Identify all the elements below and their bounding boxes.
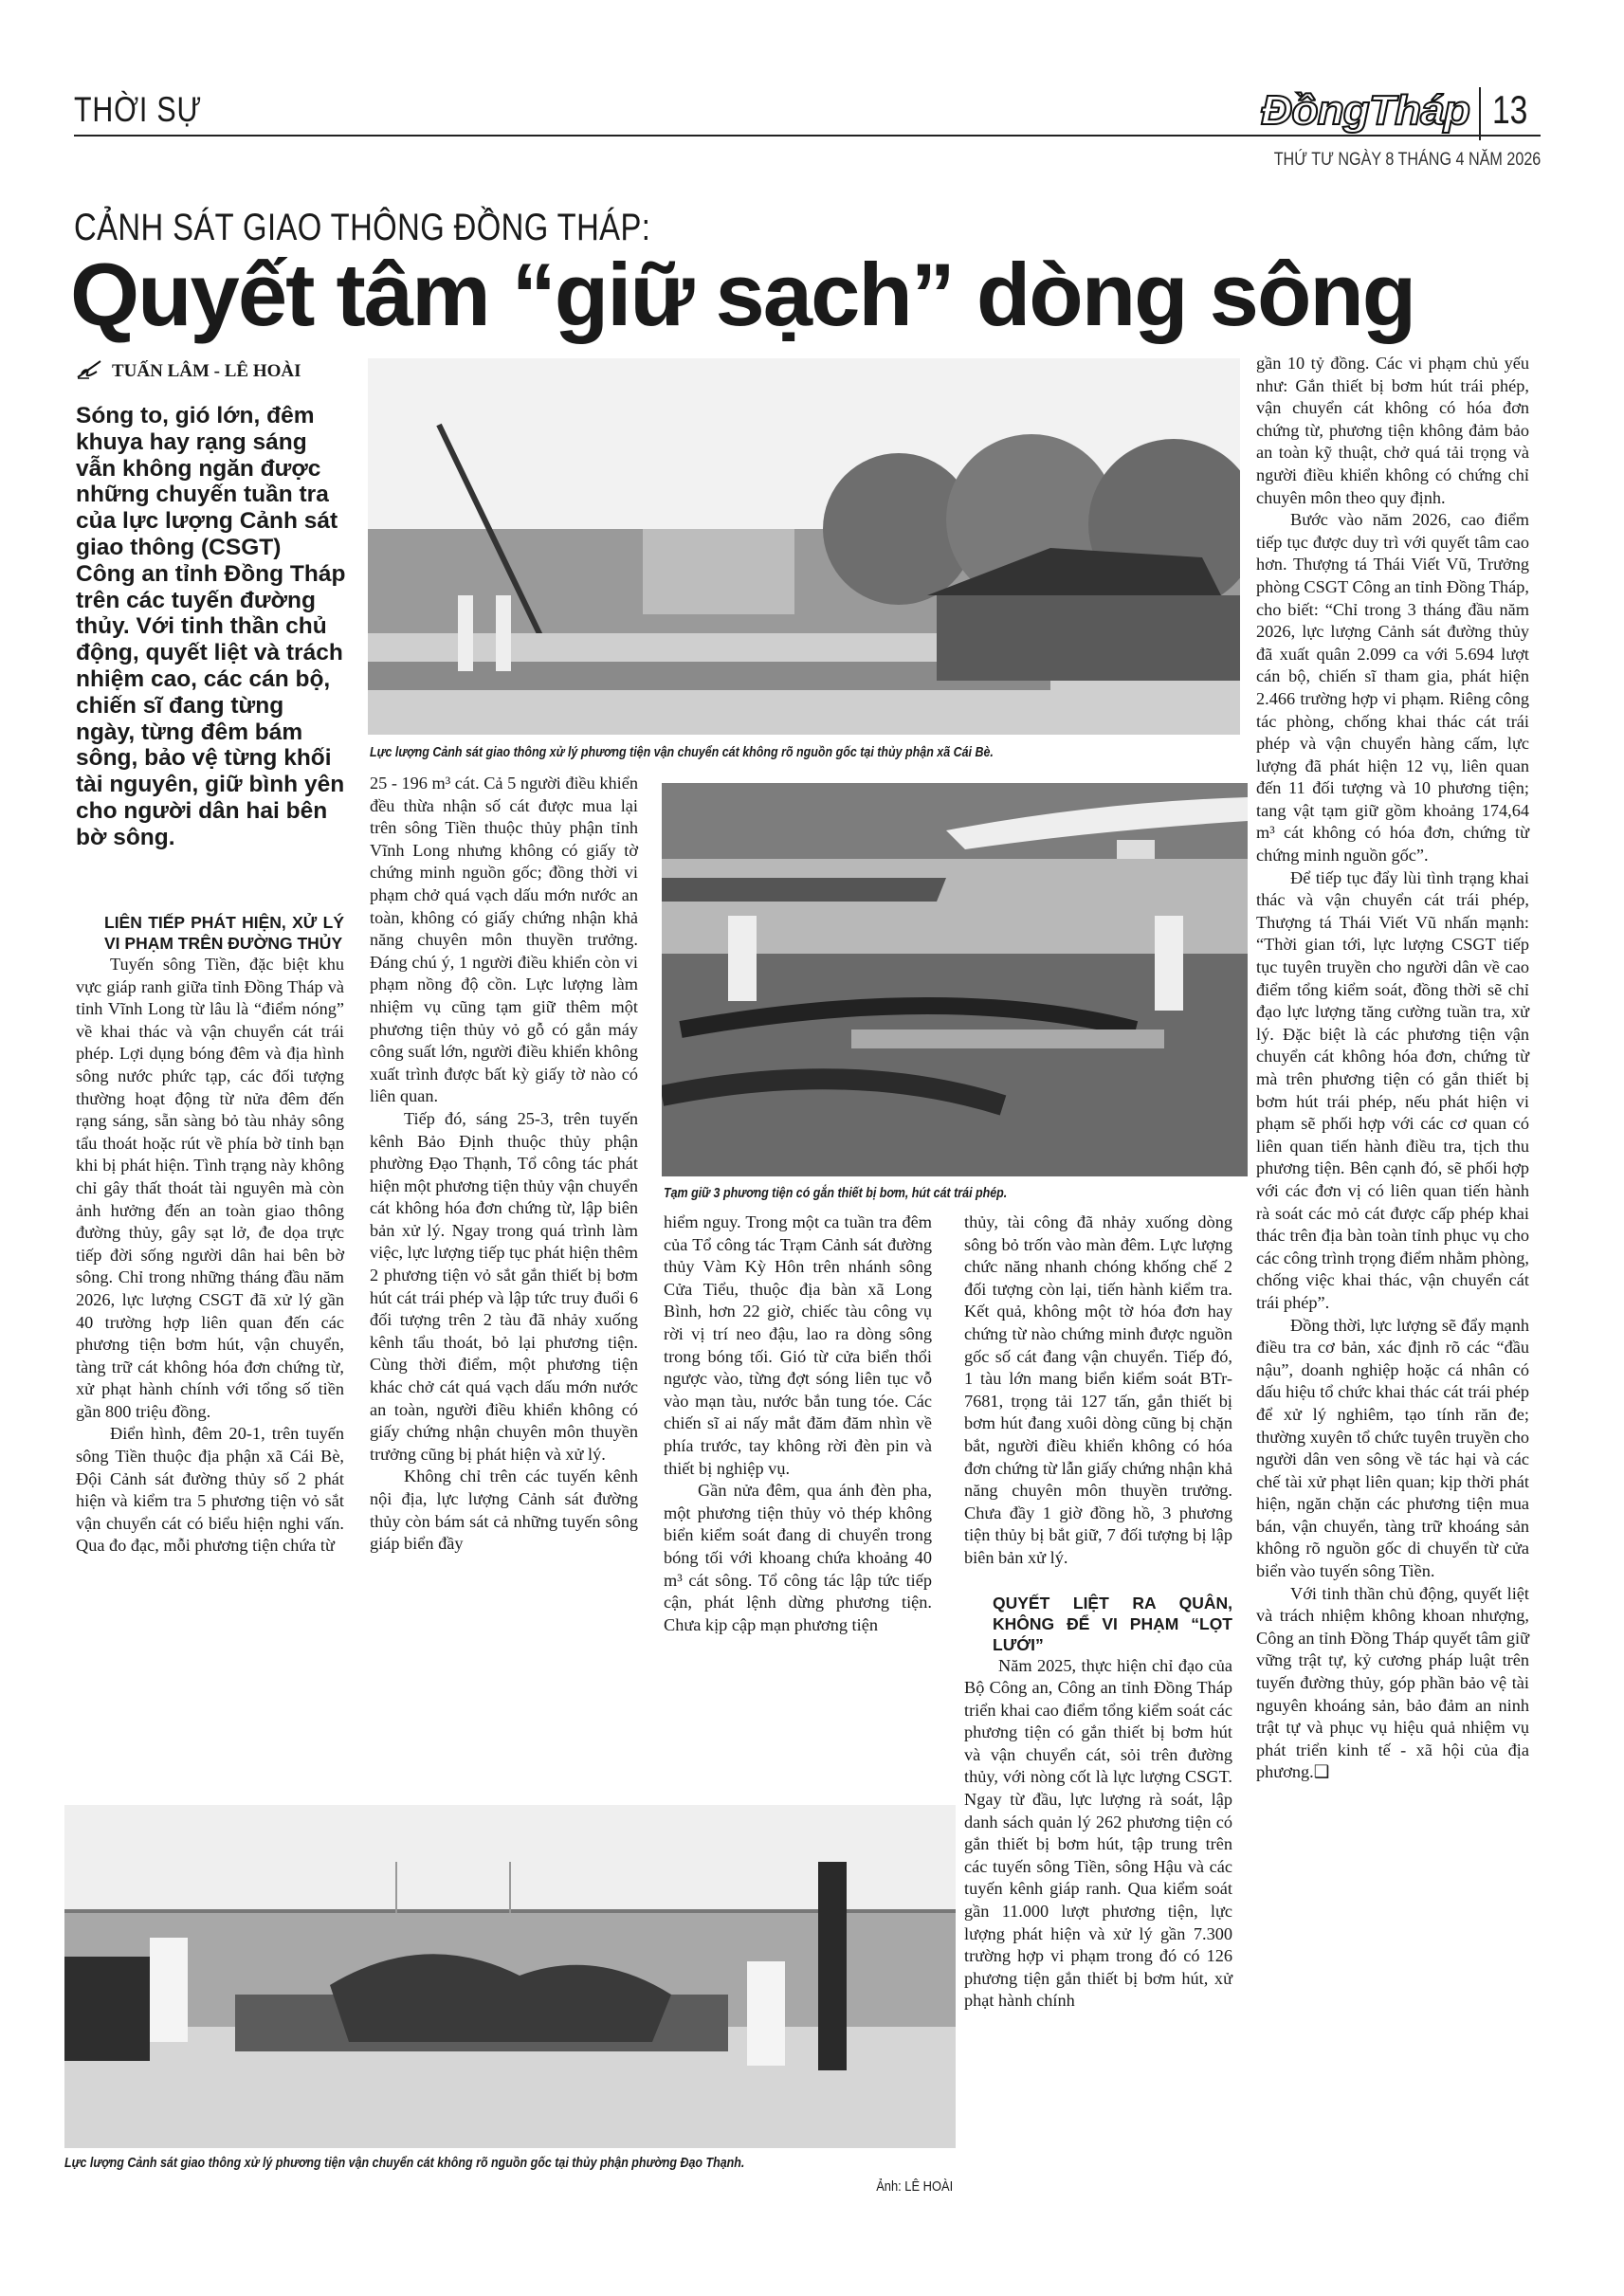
newspaper-masthead-logo: ĐồngTháp — [1261, 87, 1469, 135]
column-2: 25 - 196 m³ cát. Cả 5 người điều khiển đ… — [370, 773, 638, 1556]
column-4: thủy, tài công đã nhảy xuống dòng sông b… — [964, 1212, 1232, 2013]
paragraph: Không chỉ trên các tuyến kênh nội địa, l… — [370, 1466, 638, 1555]
paragraph: 25 - 196 m³ cát. Cả 5 người điều khiển đ… — [370, 773, 638, 1108]
paragraph: gần 10 tỷ đồng. Các vi phạm chủ yếu như:… — [1256, 353, 1529, 509]
paragraph: Để tiếp tục đẩy lùi tình trạng khai thác… — [1256, 867, 1529, 1315]
paragraph: Bước vào năm 2026, cao điểm tiếp tục đượ… — [1256, 509, 1529, 867]
byline-authors: TUẤN LÂM - LÊ HOÀI — [112, 361, 301, 382]
page-number: 13 — [1492, 87, 1527, 133]
article-kicker: CẢNH SÁT GIAO THÔNG ĐỒNG THÁP: — [74, 207, 650, 249]
photo-1-image — [368, 358, 1240, 735]
section-label: THỜI SỰ — [74, 90, 202, 130]
article-headline: Quyết tâm “giữ sạch” dòng sông — [70, 248, 1414, 342]
pen-icon — [76, 358, 104, 385]
photo-cai-be-barge — [368, 358, 1240, 735]
column-1: LIÊN TIẾP PHÁT HIỆN, XỬ LÝ VI PHẠM TRÊN … — [76, 912, 344, 1558]
column-5: gần 10 tỷ đồng. Các vi phạm chủ yếu như:… — [1256, 353, 1529, 1784]
paragraph: thủy, tài công đã nhảy xuống dòng sông b… — [964, 1212, 1232, 1570]
paragraph: Tiếp đó, sáng 25-3, trên tuyến kênh Bảo … — [370, 1108, 638, 1467]
masthead-separator — [1479, 87, 1481, 140]
photo-seized-pumps — [662, 783, 1248, 1176]
paragraph: Với tinh thần chủ động, quyết liệt và tr… — [1256, 1583, 1529, 1784]
dateline: THỨ TƯ NGÀY 8 THÁNG 4 NĂM 2026 — [1273, 150, 1541, 171]
article-lead: Sóng to, gió lớn, đêm khuya hay rạng sán… — [76, 403, 346, 851]
paragraph: hiểm nguy. Trong một ca tuần tra đêm của… — [664, 1212, 932, 1480]
photo-2-image — [662, 783, 1248, 1176]
column-3: hiểm nguy. Trong một ca tuần tra đêm của… — [664, 1212, 932, 1636]
paragraph: Năm 2025, thực hiện chỉ đạo của Bộ Công … — [964, 1655, 1232, 2014]
paragraph: Đồng thời, lực lượng sẽ đẩy mạnh điều tr… — [1256, 1315, 1529, 1583]
photo-dao-thanh-barge — [64, 1805, 956, 2148]
paragraph: Tuyến sông Tiền, đặc biệt khu vực giáp r… — [76, 954, 344, 1423]
header-rule — [74, 135, 1541, 137]
photo-2-caption: Tạm giữ 3 phương tiện có gắn thiết bị bơ… — [664, 1186, 1007, 1201]
subhead-1: LIÊN TIẾP PHÁT HIỆN, XỬ LÝ VI PHẠM TRÊN … — [76, 912, 344, 954]
byline: TUẤN LÂM - LÊ HOÀI — [76, 358, 301, 385]
photo-1-caption: Lực lượng Cảnh sát giao thông xử lý phươ… — [370, 745, 994, 760]
photo-3-credit: Ảnh: LÊ HOÀI — [876, 2178, 953, 2195]
photo-3-caption: Lực lượng Cảnh sát giao thông xử lý phươ… — [64, 2156, 744, 2171]
subhead-2: QUYẾT LIỆT RA QUÂN, KHÔNG ĐỂ VI PHẠM “LỌ… — [964, 1593, 1232, 1655]
paragraph: Điển hình, đêm 20-1, trên tuyến sông Tiề… — [76, 1423, 344, 1558]
photo-3-image — [64, 1805, 956, 2148]
paragraph: Gần nửa đêm, qua ánh đèn pha, một phương… — [664, 1480, 932, 1636]
